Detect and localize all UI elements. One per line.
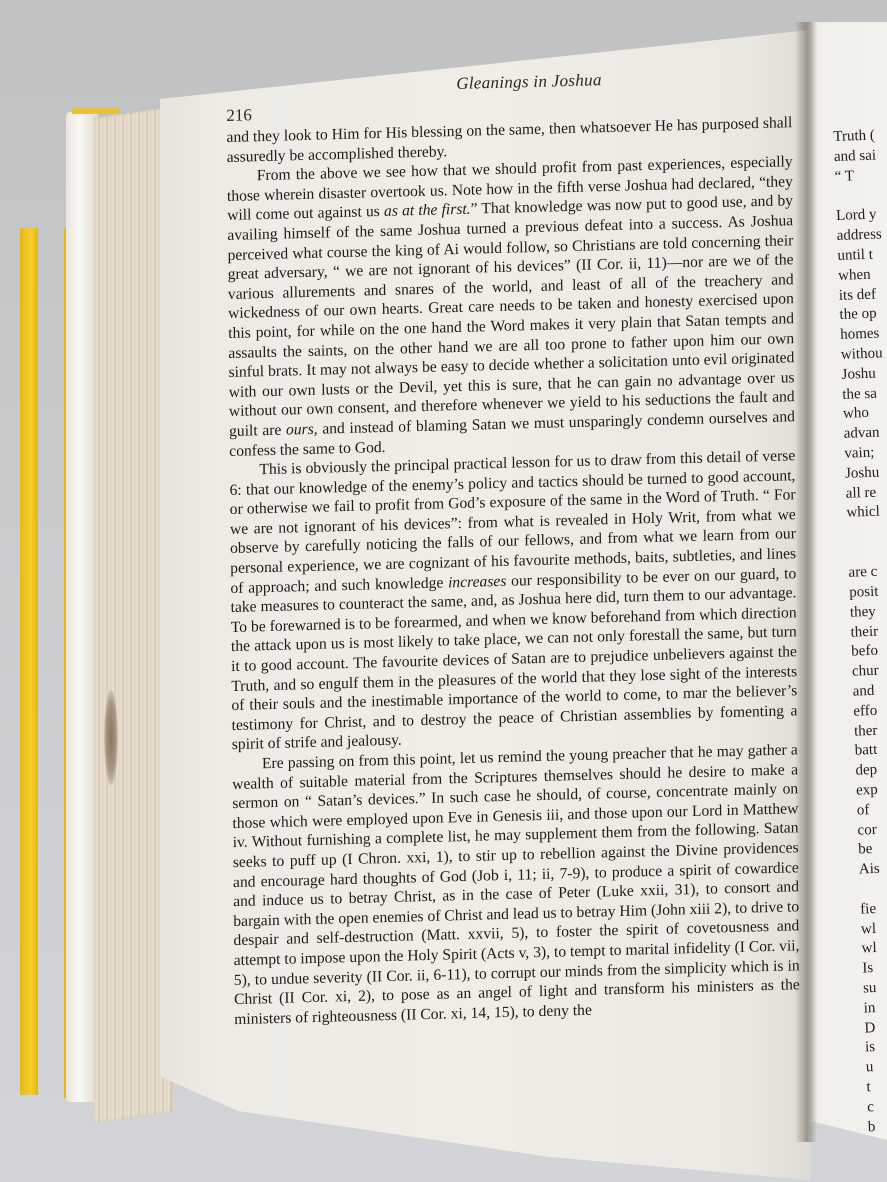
right-page-line: in — [863, 997, 887, 1019]
right-page-line: Lord y — [836, 205, 887, 227]
right-page-line: all re — [845, 482, 887, 504]
photo-scene: Gleanings in Joshua 216 and they look to… — [0, 0, 887, 1182]
right-page-line: “ T — [834, 165, 887, 187]
right-page-line — [835, 185, 887, 207]
paragraph: This is obviously the principal practica… — [229, 446, 797, 755]
right-page-line: the op — [839, 304, 887, 326]
right-page-line: be — [858, 839, 887, 861]
right-page-line: effo — [853, 700, 887, 722]
right-page-line: wl — [861, 938, 887, 960]
right-page-line: homes — [840, 324, 887, 346]
right-page-line: c — [867, 1096, 887, 1118]
right-page-line: befo — [851, 641, 887, 663]
left-page-text: Gleanings in Joshua 216 and they look to… — [226, 65, 800, 1029]
right-page-line: and — [852, 680, 887, 702]
text-run: Ere passing on from this point, let us r… — [232, 741, 800, 1028]
right-page-line — [848, 542, 887, 564]
right-page-line: u — [866, 1057, 887, 1079]
body-text: and they look to Him for His blessing on… — [226, 113, 800, 1029]
paragraph: From the above we see how that we should… — [227, 152, 795, 461]
right-page-line: they — [850, 601, 887, 623]
right-page-line: Truth ( — [833, 126, 887, 148]
book-cover-yellow-edge — [20, 228, 38, 1095]
right-page-line: su — [863, 977, 887, 999]
right-page-line: Joshu — [841, 364, 887, 386]
right-page-line: D — [864, 1017, 887, 1039]
right-page-line: withou — [841, 344, 887, 366]
right-page-line: cor — [857, 819, 887, 841]
right-page-line: and sai — [834, 146, 887, 168]
right-page-line: ther — [854, 720, 887, 742]
right-page-line — [859, 878, 887, 900]
page-edge-stain — [104, 690, 118, 785]
right-page-line: t — [866, 1076, 887, 1098]
book-cover-top-edge — [72, 108, 120, 114]
right-page-line: its def — [839, 284, 887, 306]
right-page-line: are c — [848, 562, 887, 584]
right-page-line — [847, 522, 887, 544]
right-page-line: exp — [856, 779, 887, 801]
right-page-line: wl — [861, 918, 887, 940]
right-page-line: address — [836, 225, 887, 247]
italic-text: as at the first. — [384, 201, 471, 220]
right-page-line: of — [857, 799, 887, 821]
right-page-line: Joshu — [845, 462, 887, 484]
right-page-line: batt — [854, 740, 887, 762]
right-page-line: Ais — [859, 859, 887, 881]
right-page-line: is — [865, 1037, 887, 1059]
paragraph: Ere passing on from this point, let us r… — [232, 740, 800, 1029]
right-page-line: vain; — [844, 443, 887, 465]
right-page-line: the sa — [842, 383, 887, 405]
right-page-line: when — [838, 265, 887, 287]
italic-text: ours, — [286, 421, 318, 439]
right-page-line: b — [868, 1116, 887, 1138]
right-page-line: whicl — [846, 502, 887, 524]
right-page-line: posit — [849, 582, 887, 604]
right-page-line: fie — [860, 898, 887, 920]
right-page-line: who — [843, 403, 887, 425]
right-page-line: Is — [862, 958, 887, 980]
right-page-line: dep — [855, 760, 887, 782]
right-page-line: their — [850, 621, 887, 643]
right-page-line: chur — [852, 661, 887, 683]
right-page-line: advan — [843, 423, 887, 445]
italic-text: increases — [448, 572, 506, 591]
right-page-line: until t — [837, 245, 887, 267]
text-run: ” That knowledge was now put to good use… — [227, 193, 794, 440]
